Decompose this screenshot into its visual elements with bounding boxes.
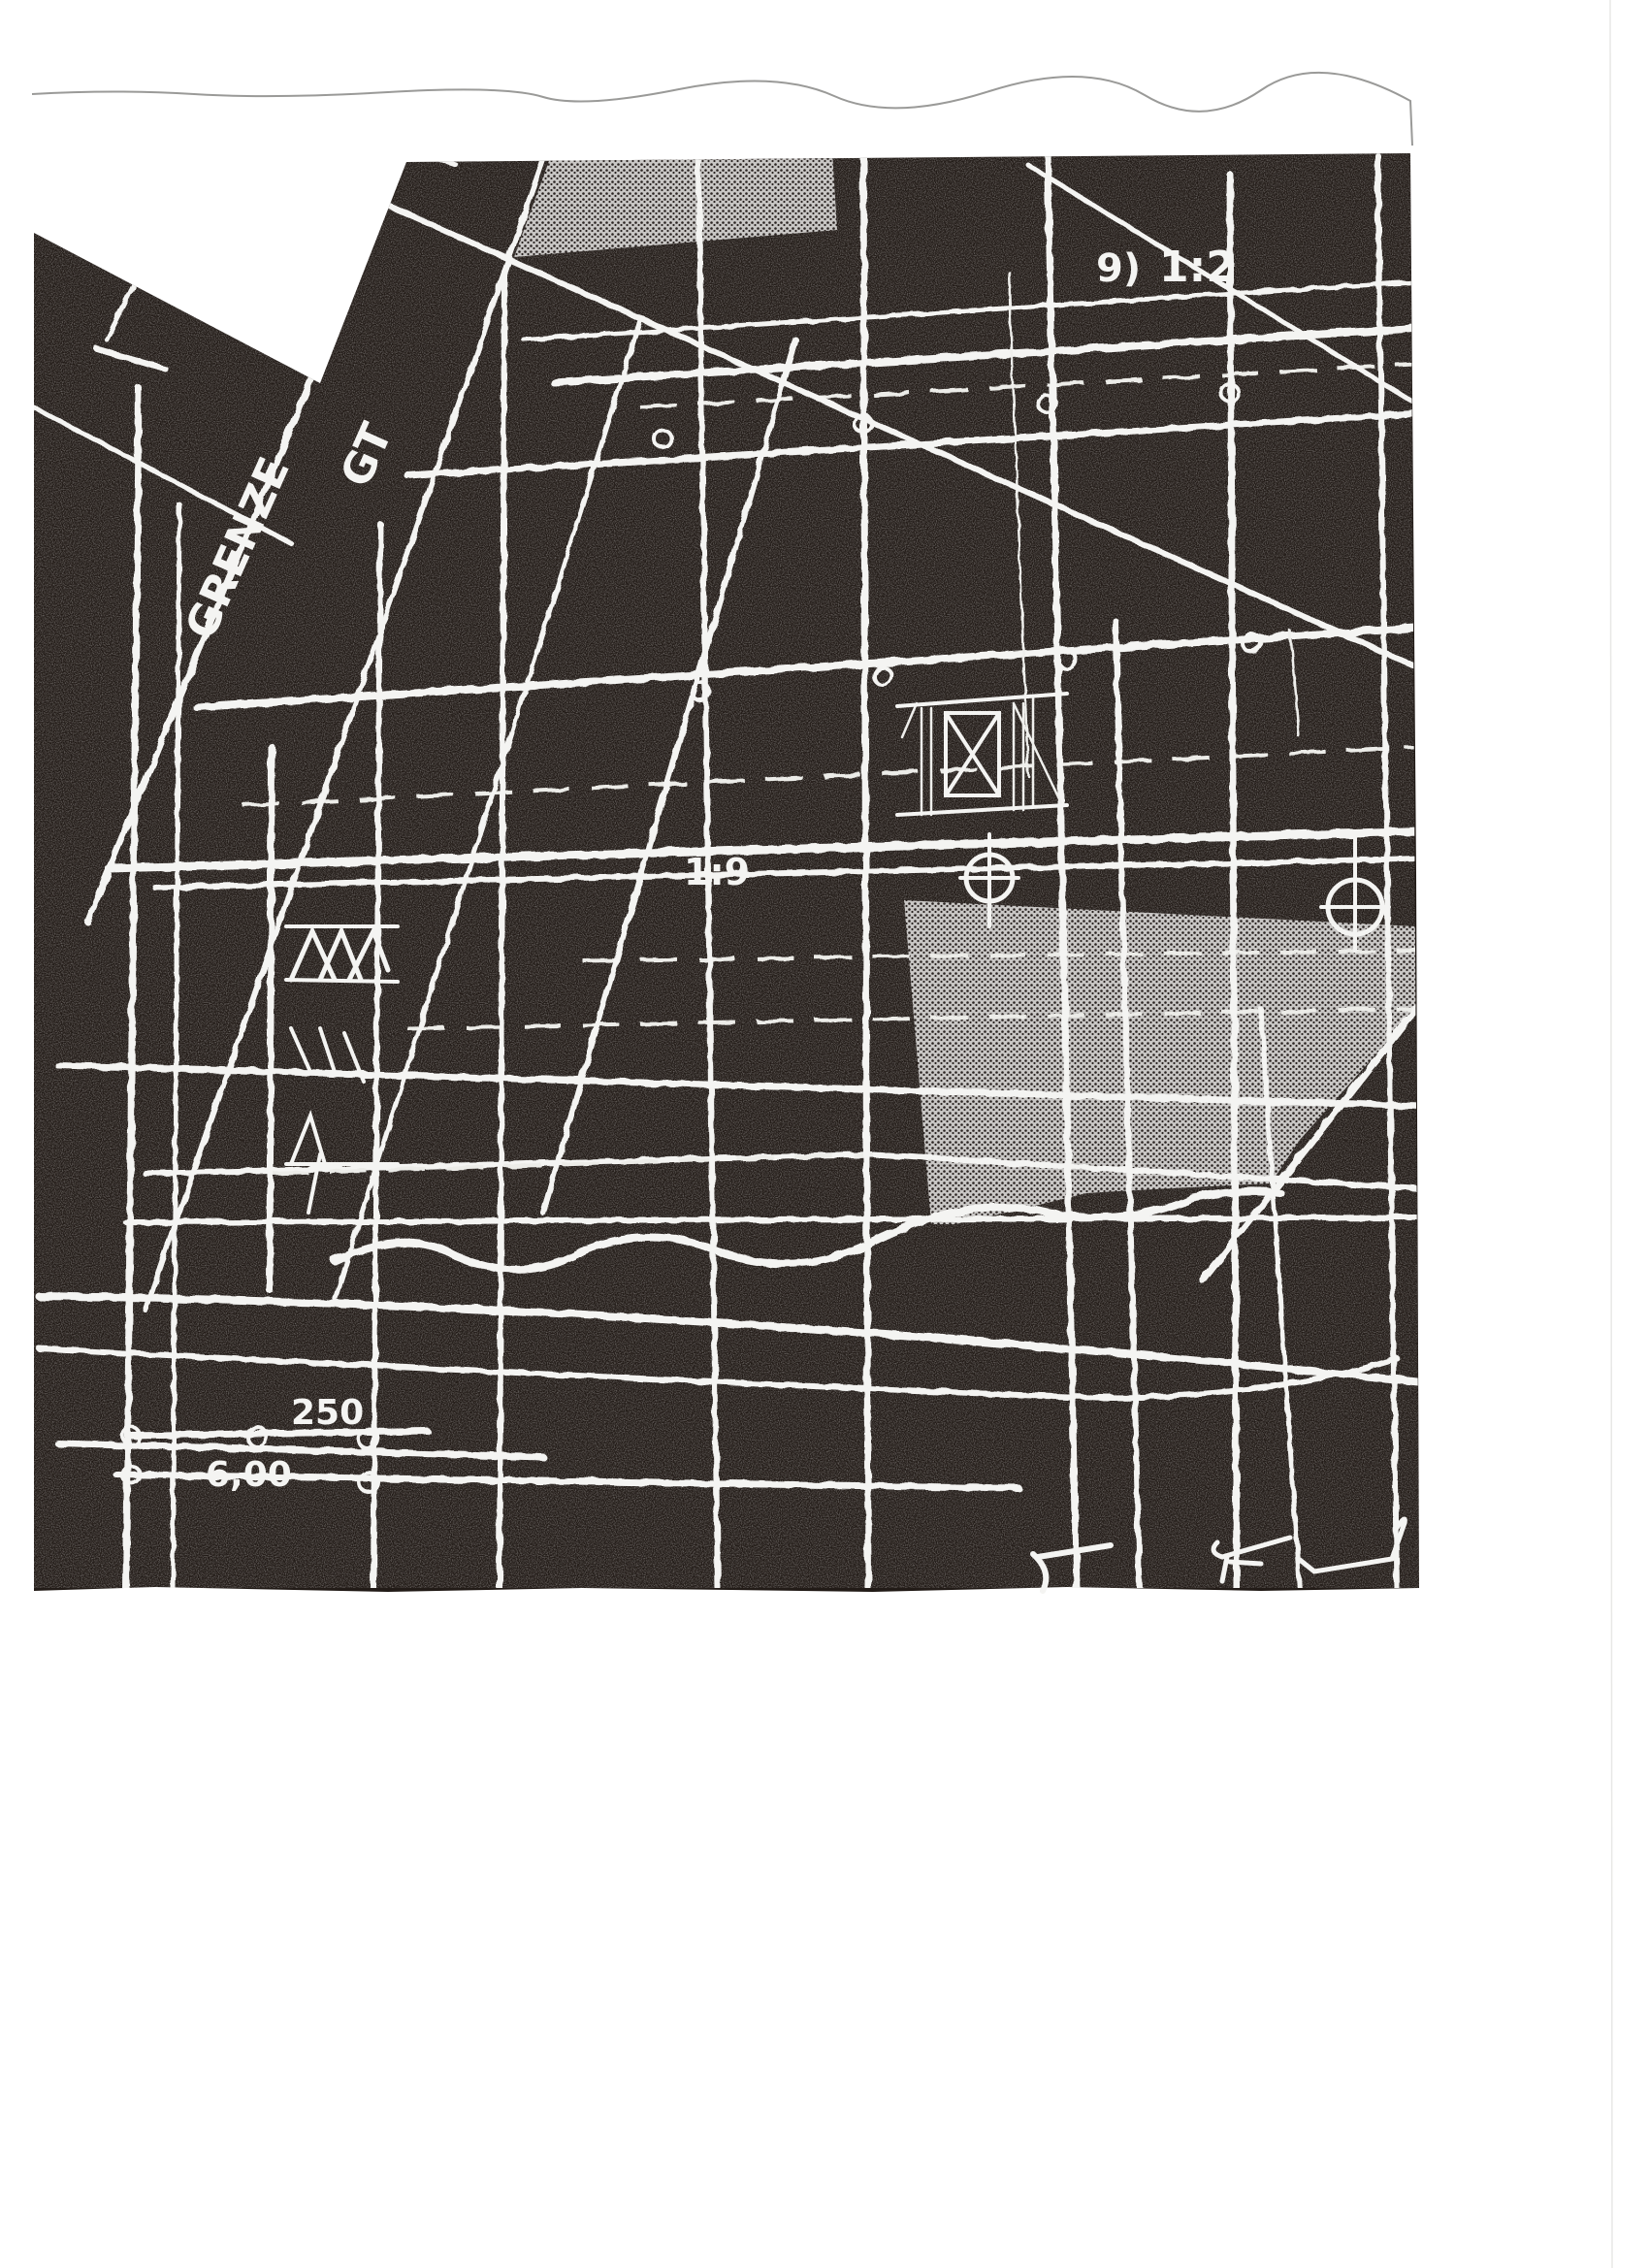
paper-torn-edge bbox=[32, 73, 1412, 146]
dimension-250: 250 bbox=[291, 1393, 364, 1433]
scale-label-mid: 1:9 bbox=[684, 851, 750, 893]
dimension-600: 6,00 bbox=[206, 1455, 292, 1495]
paper-right-edge bbox=[1610, 0, 1612, 2268]
scale-label-top: 1:2 bbox=[1159, 243, 1236, 292]
scanned-print: GRENZE GT 9) 1:2 1:9 250 6,00 bbox=[0, 0, 1649, 2268]
scale-marker-top: 9) bbox=[1096, 246, 1141, 291]
